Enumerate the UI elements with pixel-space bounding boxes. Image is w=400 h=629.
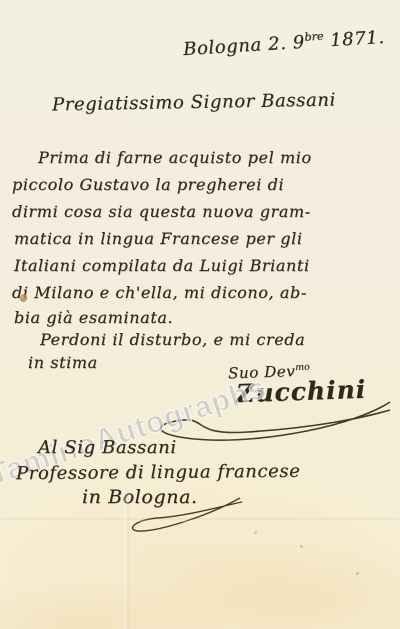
dateline-text: Bologna 2. 9 [183, 32, 306, 60]
body-line: in stima [28, 353, 98, 372]
dateline: Bologna 2. 9bre 1871. [183, 26, 386, 60]
paper-speck [254, 531, 257, 534]
body-line: Perdoni il disturbo, e mi creda [40, 330, 305, 349]
body-line: piccolo Gustavo la pregherei di [12, 175, 284, 194]
body-line: matica in lingua Francese per gli [14, 229, 303, 248]
body-line: dirmi cosa sia questa nuova gram- [12, 202, 311, 221]
vertical-fold-crease [124, 490, 129, 629]
horizontal-fold-crease [0, 518, 400, 522]
letter-scan: Bologna 2. 9bre 1871. Pregiatissimo Sign… [0, 0, 400, 629]
body-line: bia già esaminata. [14, 308, 173, 327]
dateline-year: 1871. [323, 27, 385, 52]
body-line: Prima di farne acquisto pel mio [38, 148, 312, 167]
paper-speck [300, 545, 303, 548]
address-line: in Bologna. [82, 486, 198, 508]
address-line: Professore di lingua francese [16, 461, 301, 484]
body-line: di Milano e ch'ella, mi dicono, ab- [12, 283, 307, 302]
address-line: Al Sig Bassani [38, 437, 177, 458]
dateline-superscript: bre [304, 30, 324, 44]
body-line: Italiani compilata da Luigi Brianti [14, 256, 310, 275]
paper-speck [356, 572, 359, 575]
salutation: Pregiatissimo Signor Bassani [52, 90, 336, 116]
